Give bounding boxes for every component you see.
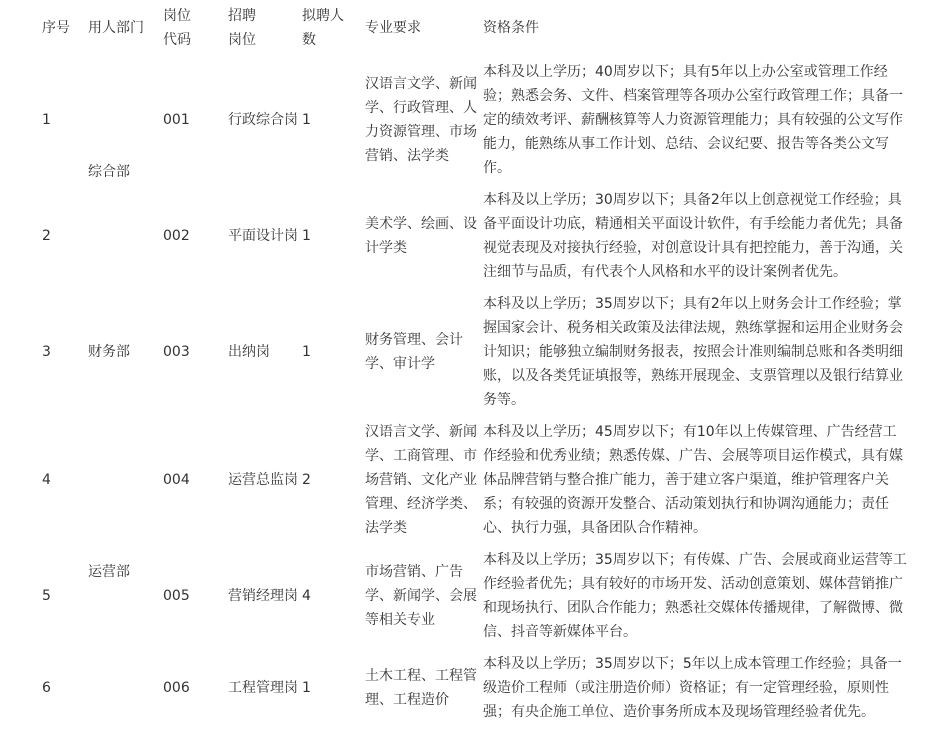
- cell-majors: 汉语言文学、新闻学、工商管理、市场营销、文化产业管理、经济学类、法学类: [365, 416, 483, 544]
- cell-count: 1: [302, 648, 365, 728]
- cell-qualifications: 本科及以上学历；35周岁以下；5年以上成本管理工作经验；具备一级造价工程师（或注…: [483, 648, 910, 728]
- cell-code: 003: [163, 288, 228, 416]
- cell-serial: 2: [42, 184, 88, 288]
- table-row: 2 002 平面设计岗 1 美术学、绘画、设计学类 本科及以上学历；30周岁以下…: [42, 184, 910, 288]
- recruitment-table: 序号 用人部门 岗位 代码 招聘 岗位 拟聘人 数 专业要求 资格条件 1 综合…: [42, 0, 910, 728]
- header-no: 序号: [42, 0, 88, 56]
- table-row: 5 005 营销经理岗 4 市场营销、广告学、新闻学、会展等相关专业 本科及以上…: [42, 544, 910, 648]
- cell-code: 002: [163, 184, 228, 288]
- cell-position: 工程管理岗: [228, 648, 302, 728]
- cell-count: 1: [302, 56, 365, 184]
- cell-serial: 1: [42, 56, 88, 184]
- header-position: 招聘 岗位: [228, 0, 302, 56]
- cell-serial: 4: [42, 416, 88, 544]
- cell-position: 出纳岗: [228, 288, 302, 416]
- header-department: 用人部门: [88, 0, 163, 56]
- header-count: 拟聘人 数: [302, 0, 365, 56]
- cell-count: 1: [302, 184, 365, 288]
- cell-position: 平面设计岗: [228, 184, 302, 288]
- table-row: 6 006 工程管理岗 1 土木工程、工程管理、工程造价 本科及以上学历；35周…: [42, 648, 910, 728]
- cell-majors: 美术学、绘画、设计学类: [365, 184, 483, 288]
- cell-department: 运营部: [88, 416, 163, 728]
- table-row: 4 运营部 004 运营总监岗 2 汉语言文学、新闻学、工商管理、市场营销、文化…: [42, 416, 910, 544]
- cell-count: 2: [302, 416, 365, 544]
- cell-majors: 市场营销、广告学、新闻学、会展等相关专业: [365, 544, 483, 648]
- cell-count: 1: [302, 288, 365, 416]
- cell-count: 4: [302, 544, 365, 648]
- cell-majors: 土木工程、工程管理、工程造价: [365, 648, 483, 728]
- cell-code: 001: [163, 56, 228, 184]
- header-code: 岗位 代码: [163, 0, 228, 56]
- cell-code: 004: [163, 416, 228, 544]
- cell-code: 006: [163, 648, 228, 728]
- cell-position: 营销经理岗: [228, 544, 302, 648]
- cell-code: 005: [163, 544, 228, 648]
- cell-qualifications: 本科及以上学历；45周岁以下；有10年以上传媒管理、广告经营工作经验和优秀业绩；…: [483, 416, 910, 544]
- cell-qualifications: 本科及以上学历；30周岁以下；具备2年以上创意视觉工作经验；具备平面设计功底，精…: [483, 184, 910, 288]
- cell-department: 综合部: [88, 56, 163, 288]
- cell-department: 财务部: [88, 288, 163, 416]
- cell-serial: 6: [42, 648, 88, 728]
- cell-qualifications: 本科及以上学历；40周岁以下；具有5年以上办公室或管理工作经验；熟悉会务、文件、…: [483, 56, 910, 184]
- table-row: 1 综合部 001 行政综合岗 1 汉语言文学、新闻学、行政管理、人力资源管理、…: [42, 56, 910, 184]
- cell-serial: 3: [42, 288, 88, 416]
- cell-qualifications: 本科及以上学历；35周岁以下；有传媒、广告、会展或商业运营等工作经验者优先；具有…: [483, 544, 910, 648]
- header-qualifications: 资格条件: [483, 0, 910, 56]
- cell-qualifications: 本科及以上学历；35周岁以下；具有2年以上财务会计工作经验；掌握国家会计、税务相…: [483, 288, 910, 416]
- cell-majors: 汉语言文学、新闻学、行政管理、人力资源管理、市场营销、法学类: [365, 56, 483, 184]
- cell-majors: 财务管理、会计学、审计学: [365, 288, 483, 416]
- header-row: 序号 用人部门 岗位 代码 招聘 岗位 拟聘人 数 专业要求 资格条件: [42, 0, 910, 56]
- cell-position: 运营总监岗: [228, 416, 302, 544]
- cell-serial: 5: [42, 544, 88, 648]
- table-row: 3 财务部 003 出纳岗 1 财务管理、会计学、审计学 本科及以上学历；35周…: [42, 288, 910, 416]
- cell-position: 行政综合岗: [228, 56, 302, 184]
- header-majors: 专业要求: [365, 0, 483, 56]
